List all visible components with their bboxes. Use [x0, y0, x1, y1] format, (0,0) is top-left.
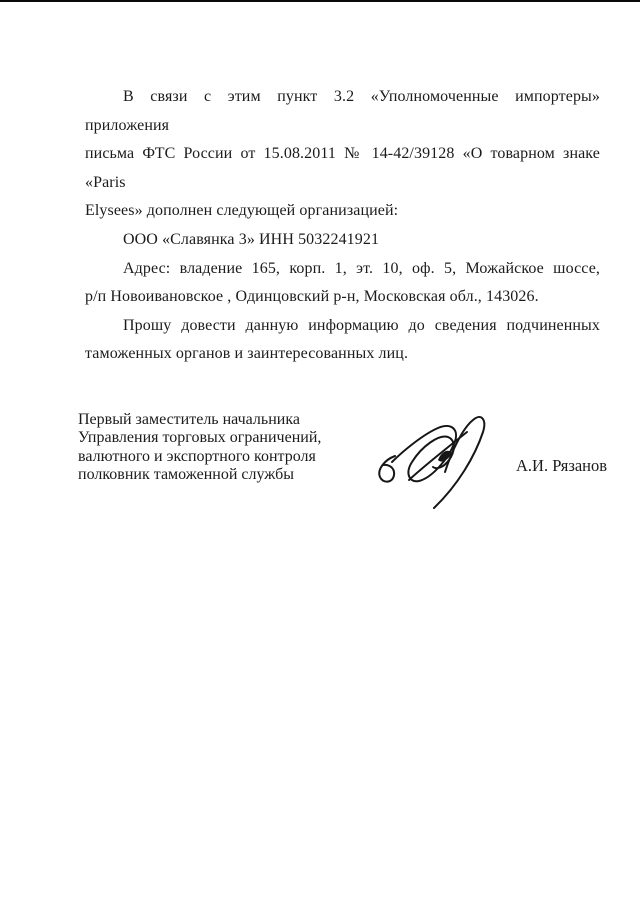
signatory-title-line: валютного и экспортного контроля	[78, 448, 328, 466]
paragraph-line: письма ФТС России от 15.08.2011 № 14-42/…	[85, 140, 600, 197]
signatory-name: А.И. Рязанов	[516, 456, 607, 476]
scan-edge-artifact	[0, 0, 640, 2]
letter-body: В связи с этим пункт 3.2 «Уполномоченные…	[85, 83, 600, 369]
paragraph-line: таможенных органов и заинтересованных ли…	[85, 340, 600, 369]
paragraph-line: Elysees» дополнен следующей организацией…	[85, 197, 600, 226]
signatory-title-block: Первый заместитель начальника Управления…	[78, 411, 328, 485]
signatory-title-line: полковник таможенной службы	[78, 466, 328, 484]
paragraph-line: Адрес: владение 165, корп. 1, эт. 10, оф…	[85, 255, 600, 284]
signatory-title-line: Управления торговых ограничений,	[78, 429, 328, 447]
paragraph-line: р/п Новоивановское , Одинцовский р-н, Мо…	[85, 283, 600, 312]
paragraph-line: Прошу довести данную информацию до сведе…	[85, 312, 600, 341]
paragraph-line: В связи с этим пункт 3.2 «Уполномоченные…	[85, 83, 600, 140]
scanned-letter-page: В связи с этим пункт 3.2 «Уполномоченные…	[0, 0, 640, 905]
signatory-title-line: Первый заместитель начальника	[78, 411, 328, 429]
paragraph-line: ООО «Славянка 3» ИНН 5032241921	[85, 226, 600, 255]
handwritten-signature	[352, 390, 497, 510]
